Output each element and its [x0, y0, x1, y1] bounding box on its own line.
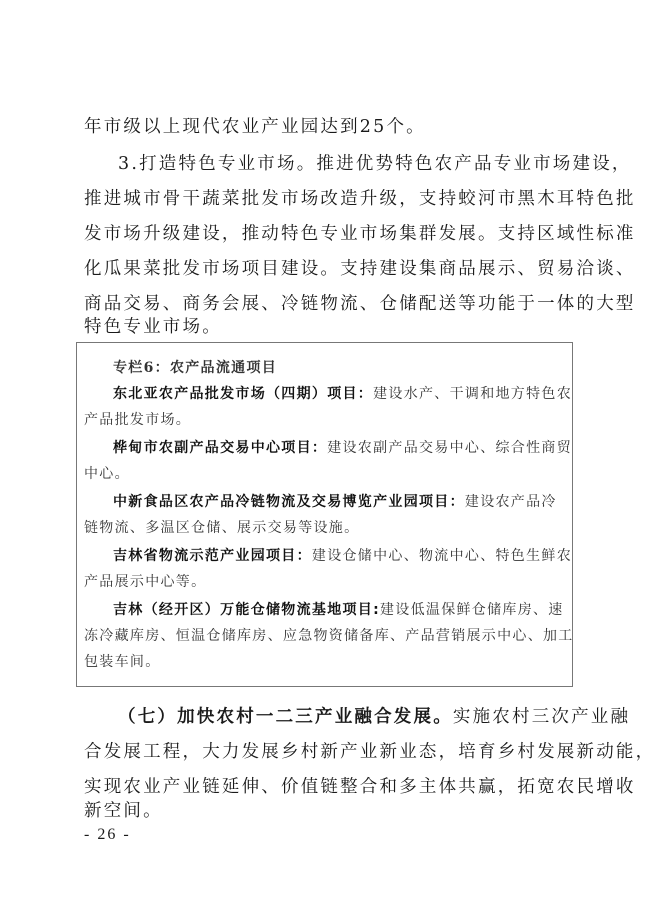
- box-item: 东北亚农产品批发市场（四期）项目：建设水产、干调和地方特色农: [113, 384, 572, 404]
- box-title: 专栏6：农产品流通项目: [113, 358, 277, 378]
- item-desc: 建设水产、干调和地方特色农: [373, 386, 572, 402]
- box-item: 吉林省物流示范产业园项目：建设仓储中心、物流中心、特色生鲜农: [113, 546, 572, 566]
- item-desc: 建设低温保鲜仓储库房、速: [380, 602, 564, 618]
- box-item: 吉林（经开区）万能仓储物流基地项目:建设低温保鲜仓储库房、速: [113, 600, 564, 620]
- section-7-line: （七）加快农村一二三产业融合发展。实施农村三次产业融: [118, 706, 604, 728]
- item-name: 吉林省物流示范产业园项目：: [113, 548, 312, 564]
- section-7-heading: （七）加快农村一二三产业融合发展。: [118, 707, 453, 727]
- item-name: 东北亚农产品批发市场（四期）项目：: [113, 386, 373, 402]
- item-desc: 建设仓储中心、物流中心、特色生鲜农: [312, 548, 572, 564]
- item-desc: 建设农产品冷: [465, 494, 557, 510]
- section-7-text: 实施农村三次产业融: [453, 707, 630, 727]
- box-item-cont: 中心。: [84, 464, 130, 484]
- item-name: 桦甸市农副产品交易中心项目：: [113, 440, 327, 456]
- para-3-line: 推进城市骨干蔬菜批发市场改造升级，支持蛟河市黑木耳特色批: [84, 188, 570, 210]
- box-item: 桦甸市农副产品交易中心项目：建设农副产品交易中心、综合性商贸: [113, 438, 572, 458]
- para-3-line: 3.打造特色专业市场。推进优势特色农产品专业市场建设，: [118, 153, 604, 175]
- box-item-cont: 冻冷藏库房、恒温仓储库房、应急物资储备库、产品营销展示中心、加工: [84, 626, 574, 646]
- box-item-cont: 产品展示中心等。: [84, 572, 206, 592]
- item-name: 中新食品区农产品冷链物流及交易博览产业园项目：: [113, 494, 465, 510]
- section-7-line: 合发展工程，大力发展乡村新产业新业态，培育乡村发展新动能，: [84, 741, 570, 763]
- para-3-line: 化瓜果菜批发市场项目建设。支持建设集商品展示、贸易洽谈、: [84, 258, 570, 280]
- page-number: - 26 -: [84, 826, 131, 844]
- para-3-line: 商品交易、商务会展、冷链物流、仓储配送等功能于一体的大型: [84, 293, 570, 315]
- section-7-line: 新空间。: [84, 800, 570, 822]
- box-item-cont: 链物流、多温区仓储、展示交易等设施。: [84, 518, 359, 538]
- para-3-line: 特色专业市场。: [84, 316, 570, 338]
- box-item-cont: 包装车间。: [84, 652, 161, 672]
- item-desc: 建设农副产品交易中心、综合性商贸: [327, 440, 572, 456]
- section-7-line: 实现农业产业链延伸、价值链整合和多主体共赢，拓宽农民增收: [84, 776, 570, 798]
- box-item: 中新食品区农产品冷链物流及交易博览产业园项目：建设农产品冷: [113, 492, 557, 512]
- para-3-line: 发市场升级建设，推动特色专业市场集群发展。支持区域性标准: [84, 223, 570, 245]
- item-name: 吉林（经开区）万能仓储物流基地项目:: [113, 602, 380, 618]
- box-item-cont: 产品批发市场。: [84, 410, 191, 430]
- body-line: 年市级以上现代农业产业园达到25个。: [84, 116, 570, 138]
